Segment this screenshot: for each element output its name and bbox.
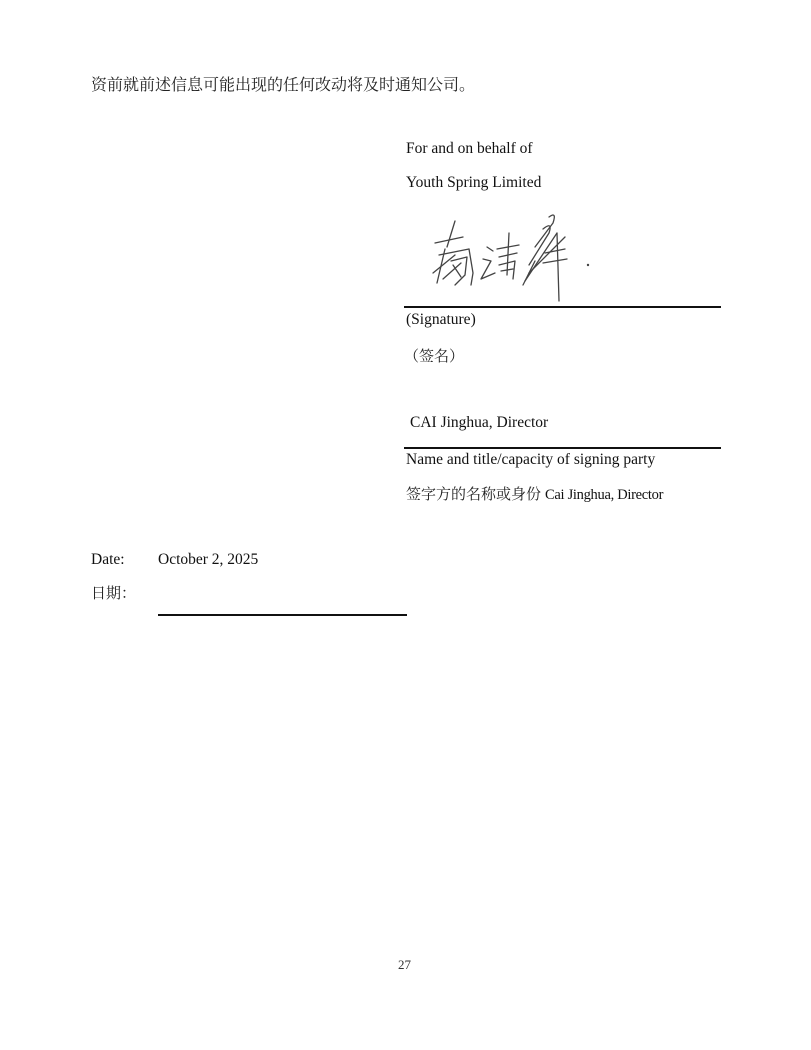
name-caption-cn-value: Cai Jinghua, Director bbox=[545, 487, 663, 503]
name-caption-cn: 签字方的名称或身份 Cai Jinghua, Director bbox=[406, 483, 663, 504]
signature-caption-cn: （签名） bbox=[404, 345, 464, 366]
handwritten-signature-icon bbox=[425, 203, 605, 308]
date-line bbox=[158, 614, 407, 616]
body-text-notice: 资前就前述信息可能出现的任何改动将及时通知公司。 bbox=[91, 72, 475, 95]
behalf-label: For and on behalf of bbox=[406, 140, 533, 158]
date-value: October 2, 2025 bbox=[158, 551, 258, 569]
date-label: Date: bbox=[91, 551, 125, 569]
signer-name: CAI Jinghua, Director bbox=[410, 414, 548, 432]
name-caption-cn-label: 签字方的名称或身份 bbox=[406, 485, 541, 503]
name-line bbox=[404, 447, 721, 449]
company-name: Youth Spring Limited bbox=[406, 174, 541, 192]
page-number: 27 bbox=[398, 957, 411, 973]
signature-line bbox=[404, 306, 721, 308]
name-caption: Name and title/capacity of signing party bbox=[406, 451, 655, 469]
date-label-cn: 日期： bbox=[91, 582, 136, 603]
signature-caption: (Signature) bbox=[406, 311, 476, 329]
